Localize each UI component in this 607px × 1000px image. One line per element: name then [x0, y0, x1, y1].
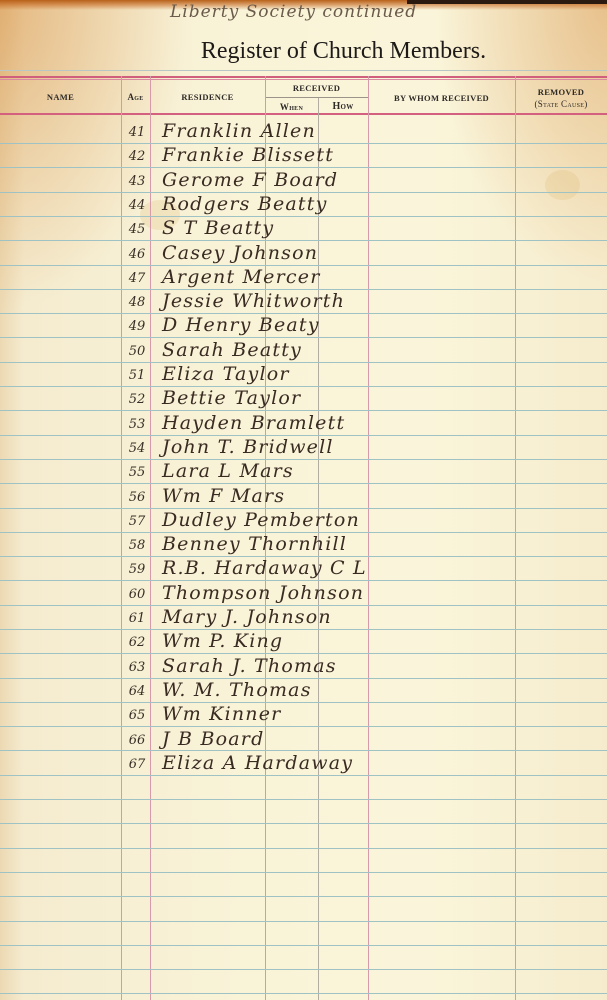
entry-number: 42: [123, 149, 151, 164]
received-subdivider: [266, 97, 368, 98]
ledger-page: Liberty Society continued Register of Ch…: [0, 0, 607, 1000]
page-title: Register of Church Members.: [0, 38, 607, 65]
member-name: Frankie Blissett: [162, 144, 334, 166]
table-row: 59R.B. Hardaway C L: [0, 555, 607, 579]
entry-number: 66: [123, 733, 151, 748]
table-row: 66J B Board: [0, 726, 607, 750]
entry-number: 51: [123, 368, 151, 383]
member-name: Eliza Taylor: [162, 363, 290, 385]
member-name: Lara L Mars: [162, 460, 294, 482]
table-row: 46Casey Johnson: [0, 240, 607, 264]
member-name: Argent Mercer: [162, 266, 320, 288]
member-name: W. M. Thomas: [162, 679, 312, 701]
entry-number: 45: [123, 222, 151, 237]
entry-number: 50: [123, 344, 151, 359]
title-rule: [0, 70, 607, 71]
table-row: 55Lara L Mars: [0, 458, 607, 482]
member-name: Sarah J. Thomas: [162, 655, 337, 677]
table-row: 54John T. Bridwell: [0, 434, 607, 458]
header-age: Age: [121, 92, 150, 102]
member-name: Casey Johnson: [162, 242, 318, 264]
table-row: 42Frankie Blissett: [0, 142, 607, 166]
entry-number: 48: [123, 295, 151, 310]
table-row: 61Mary J. Johnson: [0, 604, 607, 628]
table-row: 44Rodgers Beatty: [0, 191, 607, 215]
ledger-rule: [0, 848, 607, 849]
table-row: 51Eliza Taylor: [0, 361, 607, 385]
member-name: Gerome F Board: [162, 169, 338, 191]
member-name: D Henry Beaty: [162, 314, 320, 336]
table-row: 53Hayden Bramlett: [0, 410, 607, 434]
ledger-rule: [0, 896, 607, 897]
header-when: When: [265, 102, 318, 112]
table-row: 47Argent Mercer: [0, 264, 607, 288]
table-row: 60Thompson Johnson: [0, 580, 607, 604]
member-name: Eliza A Hardaway: [162, 752, 353, 774]
entry-number: 47: [123, 271, 151, 286]
entry-number: 52: [123, 392, 151, 407]
member-name: Franklin Allen: [162, 120, 316, 142]
member-name: Sarah Beatty: [162, 339, 302, 361]
entry-number: 58: [123, 538, 151, 553]
table-row: 62Wm P. King: [0, 628, 607, 652]
ledger-rule: [0, 823, 607, 824]
entry-number: 46: [123, 247, 151, 262]
table-row: 48Jessie Whitworth: [0, 288, 607, 312]
entry-number: 64: [123, 684, 151, 699]
entry-number: 61: [123, 611, 151, 626]
member-name: Thompson Johnson: [162, 582, 364, 604]
table-row: 57Dudley Pemberton: [0, 507, 607, 531]
table-row: 63Sarah J. Thomas: [0, 653, 607, 677]
table-row: 64W. M. Thomas: [0, 677, 607, 701]
member-name: John T. Bridwell: [162, 436, 334, 458]
entry-number: 53: [123, 417, 151, 432]
table-row: 67Eliza A Hardaway: [0, 750, 607, 774]
entry-number: 57: [123, 514, 151, 529]
entry-number: 63: [123, 660, 151, 675]
header-name: NAME: [0, 92, 121, 102]
header-received: RECEIVED: [265, 83, 368, 93]
member-name: J B Board: [162, 728, 264, 750]
member-name: Bettie Taylor: [162, 387, 301, 409]
entry-number: 49: [123, 319, 151, 334]
ledger-rule: [0, 993, 607, 994]
entry-number: 54: [123, 441, 151, 456]
header-how: How: [318, 101, 368, 112]
table-row: 45S T Beatty: [0, 215, 607, 239]
entry-number: 56: [123, 490, 151, 505]
ledger-rule: [0, 799, 607, 800]
header-removed: REMOVED: [515, 87, 607, 97]
entry-number: 60: [123, 587, 151, 602]
member-name: Jessie Whitworth: [162, 290, 345, 312]
entry-number: 65: [123, 708, 151, 723]
table-row: 56Wm F Mars: [0, 483, 607, 507]
member-name: Wm P. King: [162, 630, 283, 652]
entry-number: 55: [123, 465, 151, 480]
table-row: 65Wm Kinner: [0, 701, 607, 725]
header-by-whom-received: BY WHOM RECEIVED: [368, 93, 515, 103]
handwritten-annotation: Liberty Society continued: [170, 2, 510, 22]
entry-number: 67: [123, 757, 151, 772]
entry-number: 41: [123, 125, 151, 140]
table-row: 43Gerome F Board: [0, 167, 607, 191]
table-row: 58Benney Thornhill: [0, 531, 607, 555]
member-name: Rodgers Beatty: [162, 193, 328, 215]
ledger-rule: [0, 969, 607, 970]
member-name: Hayden Bramlett: [162, 412, 345, 434]
member-name: S T Beatty: [162, 217, 274, 239]
header-residence: RESIDENCE: [150, 92, 265, 102]
table-row: 50Sarah Beatty: [0, 337, 607, 361]
ledger-rule: [0, 945, 607, 946]
entry-number: 44: [123, 198, 151, 213]
ledger-rule: [0, 921, 607, 922]
member-name: R.B. Hardaway C L: [162, 557, 367, 579]
table-row: 49D Henry Beaty: [0, 312, 607, 336]
header-state-cause: (State Cause): [515, 99, 607, 109]
entry-number: 59: [123, 562, 151, 577]
ledger-rule: [0, 872, 607, 873]
member-name: Wm Kinner: [162, 703, 281, 725]
ledger-rule: [0, 775, 607, 776]
entry-number: 62: [123, 635, 151, 650]
table-row: 41Franklin Allen: [0, 118, 607, 142]
entry-number: 43: [123, 174, 151, 189]
member-name: Mary J. Johnson: [162, 606, 332, 628]
table-row: 52Bettie Taylor: [0, 385, 607, 409]
member-name: Dudley Pemberton: [162, 509, 360, 531]
member-name: Benney Thornhill: [162, 533, 347, 555]
member-name: Wm F Mars: [162, 485, 285, 507]
